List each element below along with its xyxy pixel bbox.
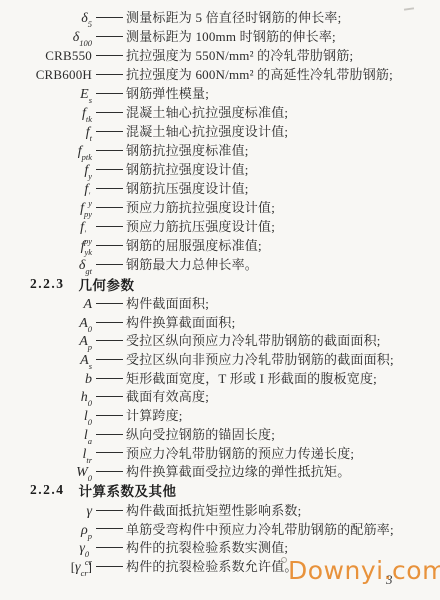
- symbol: l0: [28, 408, 92, 427]
- definition-text: 构件的抗裂检验系数实测值;: [126, 537, 288, 556]
- em-dash: [96, 188, 123, 189]
- em-dash: [96, 359, 123, 360]
- definition-text: 构件截面面积;: [126, 293, 209, 312]
- symbol-base: A: [79, 316, 88, 331]
- symbol-subscript: 0: [88, 326, 92, 334]
- symbol-sup-sub: a: [88, 438, 92, 446]
- symbol-definition-row: fy 钢筋抗拉强度设计值;: [0, 159, 440, 178]
- definition-text: 构件的抗裂检验系数允许值。: [126, 556, 298, 575]
- symbol-base: h: [81, 390, 88, 405]
- definition-text: 钢筋抗拉强度标准值;: [126, 140, 249, 159]
- symbol: δ5: [28, 10, 92, 29]
- em-dash: [96, 17, 123, 18]
- symbol-subscript: p: [88, 533, 92, 541]
- em-dash: [96, 245, 123, 246]
- symbol-definition-row: γ0cr 构件的抗裂检验系数实测值;: [0, 537, 440, 556]
- symbol-subscript: yk: [84, 249, 92, 257]
- definition-text: 构件换算截面面积;: [126, 312, 235, 331]
- symbol-subscript: 0: [88, 400, 92, 408]
- symbol: h0: [28, 389, 92, 408]
- symbol-sup-sub: t: [90, 135, 92, 143]
- em-dash: [96, 547, 123, 548]
- symbol-list-material: δ5 测量标距为 5 倍直径时钢筋的伸长率; δ100 测量标距为 100mm …: [0, 7, 440, 273]
- definition-text: 纵向受拉钢筋的锚固长度;: [126, 424, 275, 443]
- em-dash: [96, 93, 123, 94]
- symbol-base: b: [85, 372, 92, 387]
- definition-text: 预应力筋抗压强度设计值;: [126, 216, 275, 235]
- symbol-subscript: py: [84, 211, 92, 219]
- em-dash: [96, 303, 123, 304]
- section-number: 2.2.3: [30, 276, 65, 292]
- symbol-sup-sub: 5: [88, 21, 92, 29]
- symbol-definition-row: CRB550 抗拉强度为 550N/mm² 的冷轧带肋钢筋;: [0, 45, 440, 64]
- symbol-sup-sub: tk: [86, 116, 92, 124]
- symbol-definition-row: ρp 单筋受弯构件中预应力冷轧带肋钢筋的配筋率;: [0, 519, 440, 538]
- em-dash: [96, 471, 123, 472]
- em-dash: [96, 264, 123, 265]
- em-dash: [96, 207, 123, 208]
- symbol-definition-row: b 矩形截面宽度，T 形或 I 形截面的腹板宽度;: [0, 368, 440, 387]
- symbol-subscript: y: [88, 173, 92, 181]
- definition-text: 测量标距为 5 倍直径时钢筋的伸长率;: [126, 7, 341, 26]
- definition-text: 混凝土轴心抗拉强度标准值;: [126, 102, 288, 121]
- symbol: CRB550: [28, 48, 92, 65]
- symbol: b: [28, 371, 92, 388]
- section-title: 计算系数及其他: [79, 480, 177, 500]
- em-dash: [96, 566, 123, 567]
- section-title: 几何参数: [79, 274, 135, 294]
- symbol-subscript: 5: [88, 21, 92, 29]
- em-dash: [96, 150, 123, 151]
- symbol-subscript: t: [90, 135, 92, 143]
- symbol: [γcr]: [28, 559, 92, 578]
- symbol: A0: [28, 315, 92, 334]
- definition-text: 钢筋抗压强度设计值;: [126, 178, 249, 197]
- symbol-sup-sub: p: [88, 533, 92, 541]
- symbol-sup-sub: s: [89, 363, 92, 371]
- symbol-subscript: 100: [79, 40, 92, 48]
- symbol-subscript: ptk: [82, 154, 92, 162]
- section-number: 2.2.4: [30, 482, 65, 498]
- symbol-definition-row: fpy 预应力筋抗拉强度设计值;: [0, 197, 440, 216]
- symbol-base: A: [83, 297, 92, 312]
- symbol-subscript: tk: [86, 116, 92, 124]
- definition-text: 抗拉强度为 600N/mm² 的高延性冷轧带肋钢筋;: [126, 64, 393, 83]
- definition-text: 受拉区纵向预应力冷轧带肋钢筋的截面面积;: [126, 330, 381, 349]
- document-page: δ5 测量标距为 5 倍直径时钢筋的伸长率; δ100 测量标距为 100mm …: [0, 0, 440, 600]
- symbol-definition-row: W0 构件换算截面受拉边缘的弹性抵抗矩。: [0, 461, 440, 480]
- symbol-definition-row: A0 构件换算截面面积;: [0, 312, 440, 331]
- symbol-definition-row: h0 截面有效高度;: [0, 386, 440, 405]
- em-dash: [96, 452, 123, 453]
- symbol-definition-row: ftk 混凝土轴心抗拉强度标准值;: [0, 102, 440, 121]
- symbol-base: ρ: [81, 523, 88, 538]
- symbol-definition-row: fptk 钢筋抗拉强度标准值;: [0, 140, 440, 159]
- definition-text: 钢筋抗拉强度设计值;: [126, 159, 249, 178]
- symbol: fyk: [28, 238, 92, 257]
- em-dash: [96, 112, 123, 113]
- symbol-definition-row: la 纵向受拉钢筋的锚固长度;: [0, 424, 440, 443]
- scan-artifact-ring: [281, 557, 287, 563]
- definition-text: 构件换算截面受拉边缘的弹性抵抗矩。: [126, 461, 350, 480]
- symbol: δ100: [28, 29, 92, 48]
- section-heading-2-2-4: 2.2.4 计算系数及其他: [0, 481, 440, 500]
- em-dash: [96, 528, 123, 529]
- symbol: la: [28, 427, 92, 446]
- symbol-definition-row: l0 计算跨度;: [0, 405, 440, 424]
- symbol-base: W: [76, 465, 88, 480]
- definition-text: 钢筋弹性模量;: [126, 83, 209, 102]
- symbol-definition-row: fyk 钢筋的屈服强度标准值;: [0, 235, 440, 254]
- em-dash: [96, 340, 123, 341]
- symbol: ft: [28, 124, 92, 143]
- symbol-base: CRB600H: [36, 67, 92, 82]
- symbol: Es: [28, 86, 92, 105]
- em-dash: [96, 322, 123, 323]
- definition-text: 抗拉强度为 550N/mm² 的冷轧带肋钢筋;: [126, 45, 353, 64]
- symbol-subscript: 0: [88, 419, 92, 427]
- symbol: fy: [28, 162, 92, 181]
- symbol-definition-row: δ5 测量标距为 5 倍直径时钢筋的伸长率;: [0, 7, 440, 26]
- symbol: ftk: [28, 105, 92, 124]
- definition-text: 受拉区纵向非预应力冷轧带肋钢筋的截面面积;: [126, 349, 394, 368]
- em-dash: [96, 74, 123, 75]
- symbol-sup-sub: tr: [86, 457, 92, 465]
- symbol-sup-sub: 0: [88, 419, 92, 427]
- symbol: Ap: [28, 333, 92, 352]
- symbol-definition-row: ltr 预应力冷轧带肋钢筋的预应力传递长度;: [0, 443, 440, 462]
- symbol-base: γ: [86, 504, 92, 519]
- symbol-sup-sub: 0: [88, 400, 92, 408]
- symbol-definition-row: f′py 预应力筋抗压强度设计值;: [0, 216, 440, 235]
- definition-text: 预应力冷轧带肋钢筋的预应力传递长度;: [126, 443, 354, 462]
- symbol-definition-row: f′y 钢筋抗压强度设计值;: [0, 178, 440, 197]
- definition-text: 单筋受弯构件中预应力冷轧带肋钢筋的配筋率;: [126, 519, 394, 538]
- em-dash: [96, 434, 123, 435]
- em-dash: [96, 510, 123, 511]
- symbol-subscript: p: [88, 344, 92, 352]
- symbol-sup-sub: ptk: [82, 154, 92, 162]
- symbol-close-bracket: ]: [88, 559, 92, 574]
- symbol-base: CRB550: [45, 48, 92, 63]
- symbol-definition-row: ft 混凝土轴心抗拉强度设计值;: [0, 121, 440, 140]
- definition-text: 截面有效高度;: [126, 386, 209, 405]
- em-dash: [96, 378, 123, 379]
- symbol-definition-row: δgt 钢筋最大力总伸长率。: [0, 254, 440, 273]
- page-number: 3: [386, 572, 393, 588]
- symbol-sup-sub: 100: [79, 40, 92, 48]
- symbol: fptk: [28, 143, 92, 162]
- symbol-definition-row: Es 钢筋弹性模量;: [0, 83, 440, 102]
- symbol-base: A: [80, 353, 89, 368]
- definition-text: 测量标距为 100mm 时钢筋的伸长率;: [126, 26, 336, 45]
- symbol-sup-sub: y: [88, 173, 92, 181]
- symbol-definition-row: Ap 受拉区纵向预应力冷轧带肋钢筋的截面面积;: [0, 330, 440, 349]
- definition-text: 混凝土轴心抗拉强度设计值;: [126, 121, 288, 140]
- symbol-base: A: [79, 334, 88, 349]
- symbol: fpy: [28, 200, 92, 219]
- symbol-definition-row: γ 构件截面抵抗矩塑性影响系数;: [0, 500, 440, 519]
- em-dash: [96, 131, 123, 132]
- symbol: As: [28, 352, 92, 371]
- symbol-sup-sub: yk: [84, 249, 92, 257]
- symbol: A: [28, 296, 92, 313]
- symbol-subscript: a: [88, 438, 92, 446]
- section-heading-2-2-3: 2.2.3 几何参数: [0, 274, 440, 293]
- symbol-base: E: [80, 87, 89, 102]
- symbol-sup-sub: p: [88, 344, 92, 352]
- em-dash: [96, 169, 123, 170]
- watermark-downyi: Downyi.com: [288, 556, 440, 585]
- symbol-subscript: s: [89, 97, 92, 105]
- definition-text: 计算跨度;: [126, 405, 183, 424]
- em-dash: [96, 36, 123, 37]
- symbol: ltr: [28, 446, 92, 465]
- symbol-list-geometry: A 构件截面面积; A0 构件换算截面面积; Ap 受拉区纵向预应力冷轧带肋钢筋…: [0, 293, 440, 480]
- symbol: CRB600H: [28, 67, 92, 84]
- symbol-definition-row: CRB600H 抗拉强度为 600N/mm² 的高延性冷轧带肋钢筋;: [0, 64, 440, 83]
- definition-text: 预应力筋抗拉强度设计值;: [126, 197, 275, 216]
- symbol-sup-sub: cr: [81, 570, 88, 578]
- symbol-definition-row: As 受拉区纵向非预应力冷轧带肋钢筋的截面面积;: [0, 349, 440, 368]
- definition-text: 矩形截面宽度，T 形或 I 形截面的腹板宽度;: [126, 368, 377, 387]
- symbol-subscript: s: [89, 363, 92, 371]
- definition-text: 钢筋最大力总伸长率。: [126, 254, 258, 273]
- symbol: ρp: [28, 522, 92, 541]
- em-dash: [96, 396, 123, 397]
- definition-text: 构件截面抵抗矩塑性影响系数;: [126, 500, 301, 519]
- em-dash: [96, 226, 123, 227]
- symbol-sup-sub: 0: [88, 326, 92, 334]
- em-dash: [96, 55, 123, 56]
- symbol-definition-row: A 构件截面面积;: [0, 293, 440, 312]
- symbol-subscript: tr: [86, 457, 92, 465]
- symbol-subscript: cr: [81, 570, 88, 578]
- symbol-definition-row: δ100 测量标距为 100mm 时钢筋的伸长率;: [0, 26, 440, 45]
- symbol-sup-sub: s: [89, 97, 92, 105]
- em-dash: [96, 415, 123, 416]
- definition-text: 钢筋的屈服强度标准值;: [126, 235, 262, 254]
- symbol-sup-sub: py: [84, 211, 92, 219]
- symbol: γ: [28, 503, 92, 520]
